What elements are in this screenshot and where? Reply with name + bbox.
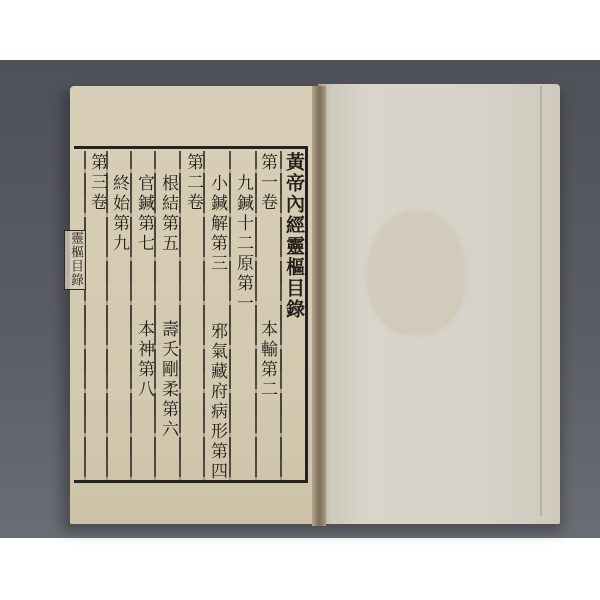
column-rule	[84, 151, 86, 481]
volume-heading: 第三卷	[88, 153, 105, 213]
toc-entry: 本神第八	[135, 320, 152, 400]
water-stain	[368, 212, 464, 334]
volume-heading: 第二卷	[184, 153, 201, 213]
column-rule	[179, 151, 181, 481]
toc-entry: 本輸第二	[258, 320, 275, 400]
column-rule	[203, 151, 205, 481]
toc-entry: 九鍼十二原第一	[234, 174, 251, 314]
toc-entry: 壽夭剛柔第六	[159, 320, 176, 440]
toc-entry: 終始第九	[110, 174, 127, 254]
column-rule	[154, 151, 156, 481]
right-page-fold	[540, 86, 542, 516]
column-rule	[229, 151, 231, 481]
volume-heading: 第一卷	[258, 153, 275, 213]
toc-entry: 官鍼第七	[135, 174, 152, 254]
toc-entry: 邪氣藏府病形第四	[208, 322, 225, 482]
toc-entry: 小鍼解第三	[208, 174, 225, 274]
book-gutter	[312, 86, 326, 526]
toc-entry: 根結第五	[159, 174, 176, 254]
margin-label: 靈樞目錄	[64, 230, 86, 290]
column-rule	[130, 151, 132, 481]
toc-title: 黃帝內經靈樞目錄	[284, 152, 303, 320]
column-rule	[280, 151, 282, 481]
